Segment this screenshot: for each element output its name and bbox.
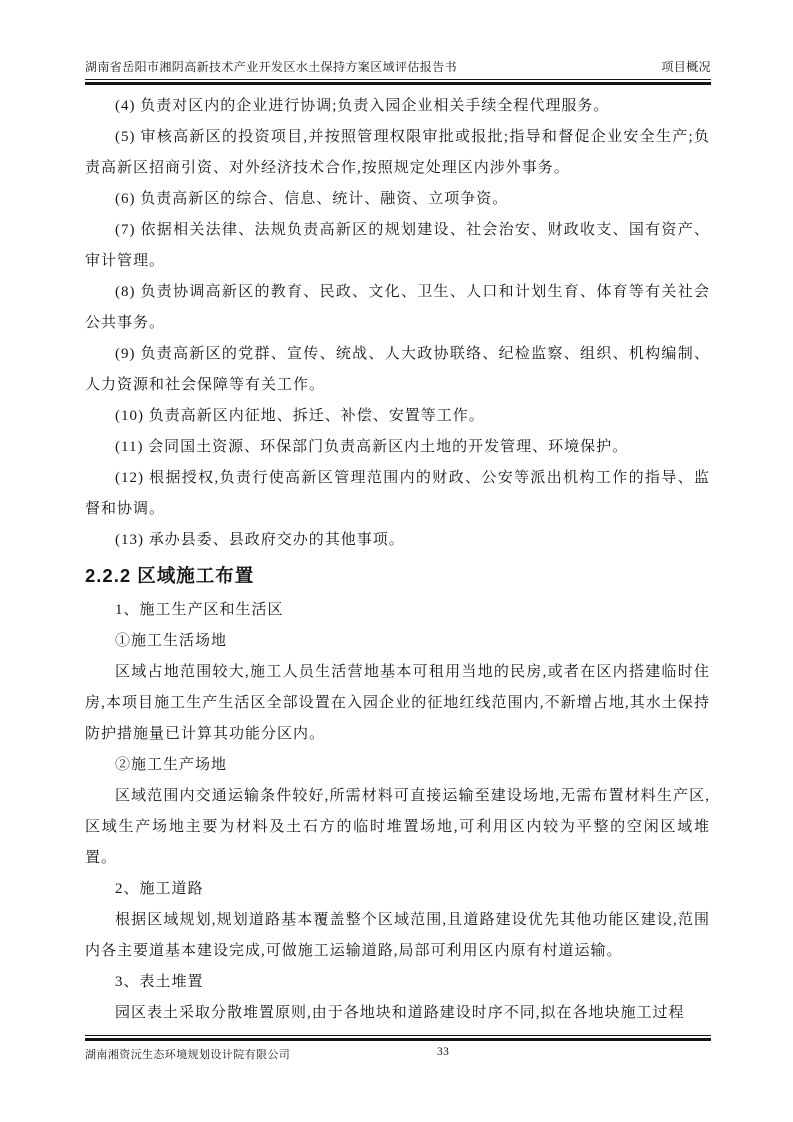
page-footer: 湖南湘资沅生态环境规划设计院有限公司 33 — [85, 1031, 711, 1062]
paragraph: 区域范围内交通运输条件较好,所需材料可直接运输至建设场地,无需布置材料生产区,区… — [85, 781, 710, 874]
paragraph: (8) 负责协调高新区的教育、民政、文化、卫生、人口和计划生育、体育等有关社会公… — [85, 277, 710, 339]
footer-company-name: 湖南湘资沅生态环境规划设计院有限公司 — [85, 1046, 290, 1062]
header-rule-thin — [85, 79, 711, 80]
document-page: 湖南省岳阳市湘阴高新技术产业开发区水土保持方案区域评估报告书 项目概况 (4) … — [0, 0, 793, 1122]
paragraph: (10) 负责高新区内征地、拆迁、补偿、安置等工作。 — [85, 401, 710, 432]
paragraph: 园区表土采取分散堆置原则,由于各地块和道路建设时序不同,拟在各地块施工过程 — [85, 998, 710, 1029]
header-chapter-label: 项目概况 — [661, 58, 711, 75]
header-rule-thick — [85, 82, 711, 85]
paragraph: 区域占地范围较大,施工人员生活营地基本可租用当地的民房,或者在区内搭建临时住房,… — [85, 657, 710, 750]
section-heading: 2.2.2 区域施工布置 — [85, 559, 710, 593]
paragraph: (6) 负责高新区的综合、信息、统计、融资、立项争资。 — [85, 184, 710, 215]
page-header: 湖南省岳阳市湘阴高新技术产业开发区水土保持方案区域评估报告书 项目概况 — [85, 58, 711, 85]
footer-rule-thick — [85, 1038, 711, 1041]
paragraph: ②施工生产场地 — [85, 750, 710, 781]
paragraph: (5) 审核高新区的投资项目,并按照管理权限审批或报批;指导和督促企业安全生产;… — [85, 122, 710, 184]
paragraph: (4) 负责对区内的企业进行协调;负责入园企业相关手续全程代理服务。 — [85, 91, 710, 122]
paragraph: (12) 根据授权,负责行使高新区管理范围内的财政、公安等派出机构工作的指导、监… — [85, 463, 710, 525]
paragraph: (9) 负责高新区的党群、宣传、统战、人大政协联络、纪检监察、组织、机构编制、人… — [85, 339, 710, 401]
footer-rule-thin — [85, 1035, 711, 1036]
document-body: (4) 负责对区内的企业进行协调;负责入园企业相关手续全程代理服务。(5) 审核… — [85, 91, 710, 1029]
paragraph: (11) 会同国土资源、环保部门负责高新区内土地的开发管理、环境保护。 — [85, 432, 710, 463]
paragraph: 1、施工生产区和生活区 — [85, 595, 710, 626]
footer-page-number: 33 — [437, 1046, 449, 1058]
paragraph: (7) 依据相关法律、法规负责高新区的规划建设、社会治安、财政收支、国有资产、审… — [85, 215, 710, 277]
paragraph: 根据区域规划,规划道路基本覆盖整个区域范围,且道路建设优先其他功能区建设,范围内… — [85, 905, 710, 967]
header-report-title: 湖南省岳阳市湘阴高新技术产业开发区水土保持方案区域评估报告书 — [85, 58, 457, 75]
paragraph: ①施工生活场地 — [85, 626, 710, 657]
paragraph: 2、施工道路 — [85, 874, 710, 905]
paragraph: (13) 承办县委、县政府交办的其他事项。 — [85, 525, 710, 556]
paragraph: 3、表土堆置 — [85, 967, 710, 998]
